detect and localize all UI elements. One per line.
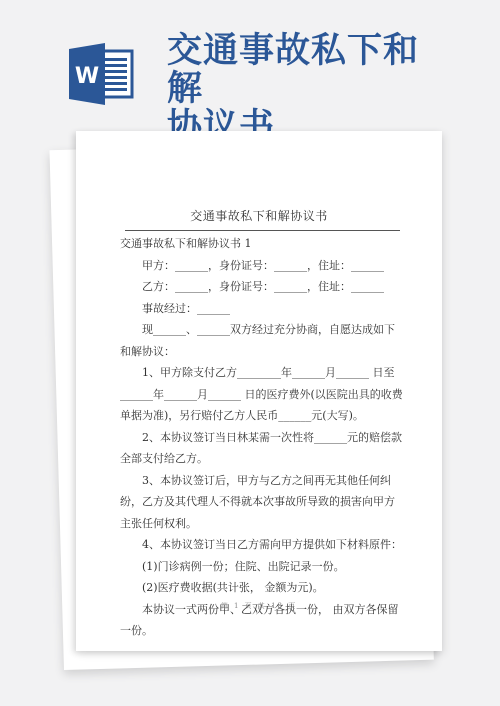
document-body: 交通事故私下和解协议书 1 甲方：______，身份证号：______，住址：_… — [120, 233, 405, 642]
subtitle: 交通事故私下和解协议书 1 — [120, 233, 405, 255]
title-line-1: 交通事故私下和解 — [167, 32, 447, 108]
page-title: 交通事故私下和解 协议书 — [167, 32, 447, 146]
accident-line: 事故经过：______ — [120, 298, 405, 320]
intro-paragraph: 现______、______双方经过充分协商，自愿达成如下和解协议： — [120, 319, 405, 362]
party-b-line: 乙方：______，身份证号：______，住址：______ — [120, 276, 405, 298]
clause-3: 3、本协议签订后，甲方与乙方之间再无其他任何纠纷，乙方及其代理人不得就本次事故所… — [120, 470, 405, 535]
document-title: 交通事故私下和解协议书 — [76, 207, 442, 224]
clause-4-item-2: (2)医疗费收据(共计张， 金额为元)。 — [120, 577, 405, 599]
word-icon: W — [69, 43, 135, 105]
header-banner: W 交通事故私下和解 协议书 — [0, 0, 500, 125]
title-divider — [125, 230, 400, 231]
page-footer: 第 1 页 共 13 页 — [76, 601, 442, 611]
clause-2: 2、本协议签订当日林某需一次性将______元的赔偿款全部支付给乙方。 — [120, 427, 405, 470]
svg-text:W: W — [75, 64, 99, 89]
clause-4: 4、本协议签订当日乙方需向甲方提供如下材料原件： — [120, 534, 405, 556]
party-a-line: 甲方：______，身份证号：______，住址：______ — [120, 255, 405, 277]
document-page: 交通事故私下和解协议书 交通事故私下和解协议书 1 甲方：______，身份证号… — [76, 131, 442, 651]
clause-1: 1、甲方除支付乙方________年______月______ 日至______… — [120, 362, 405, 427]
clause-4-item-1: (1)门诊病例一份；住院、出院记录一份。 — [120, 556, 405, 578]
